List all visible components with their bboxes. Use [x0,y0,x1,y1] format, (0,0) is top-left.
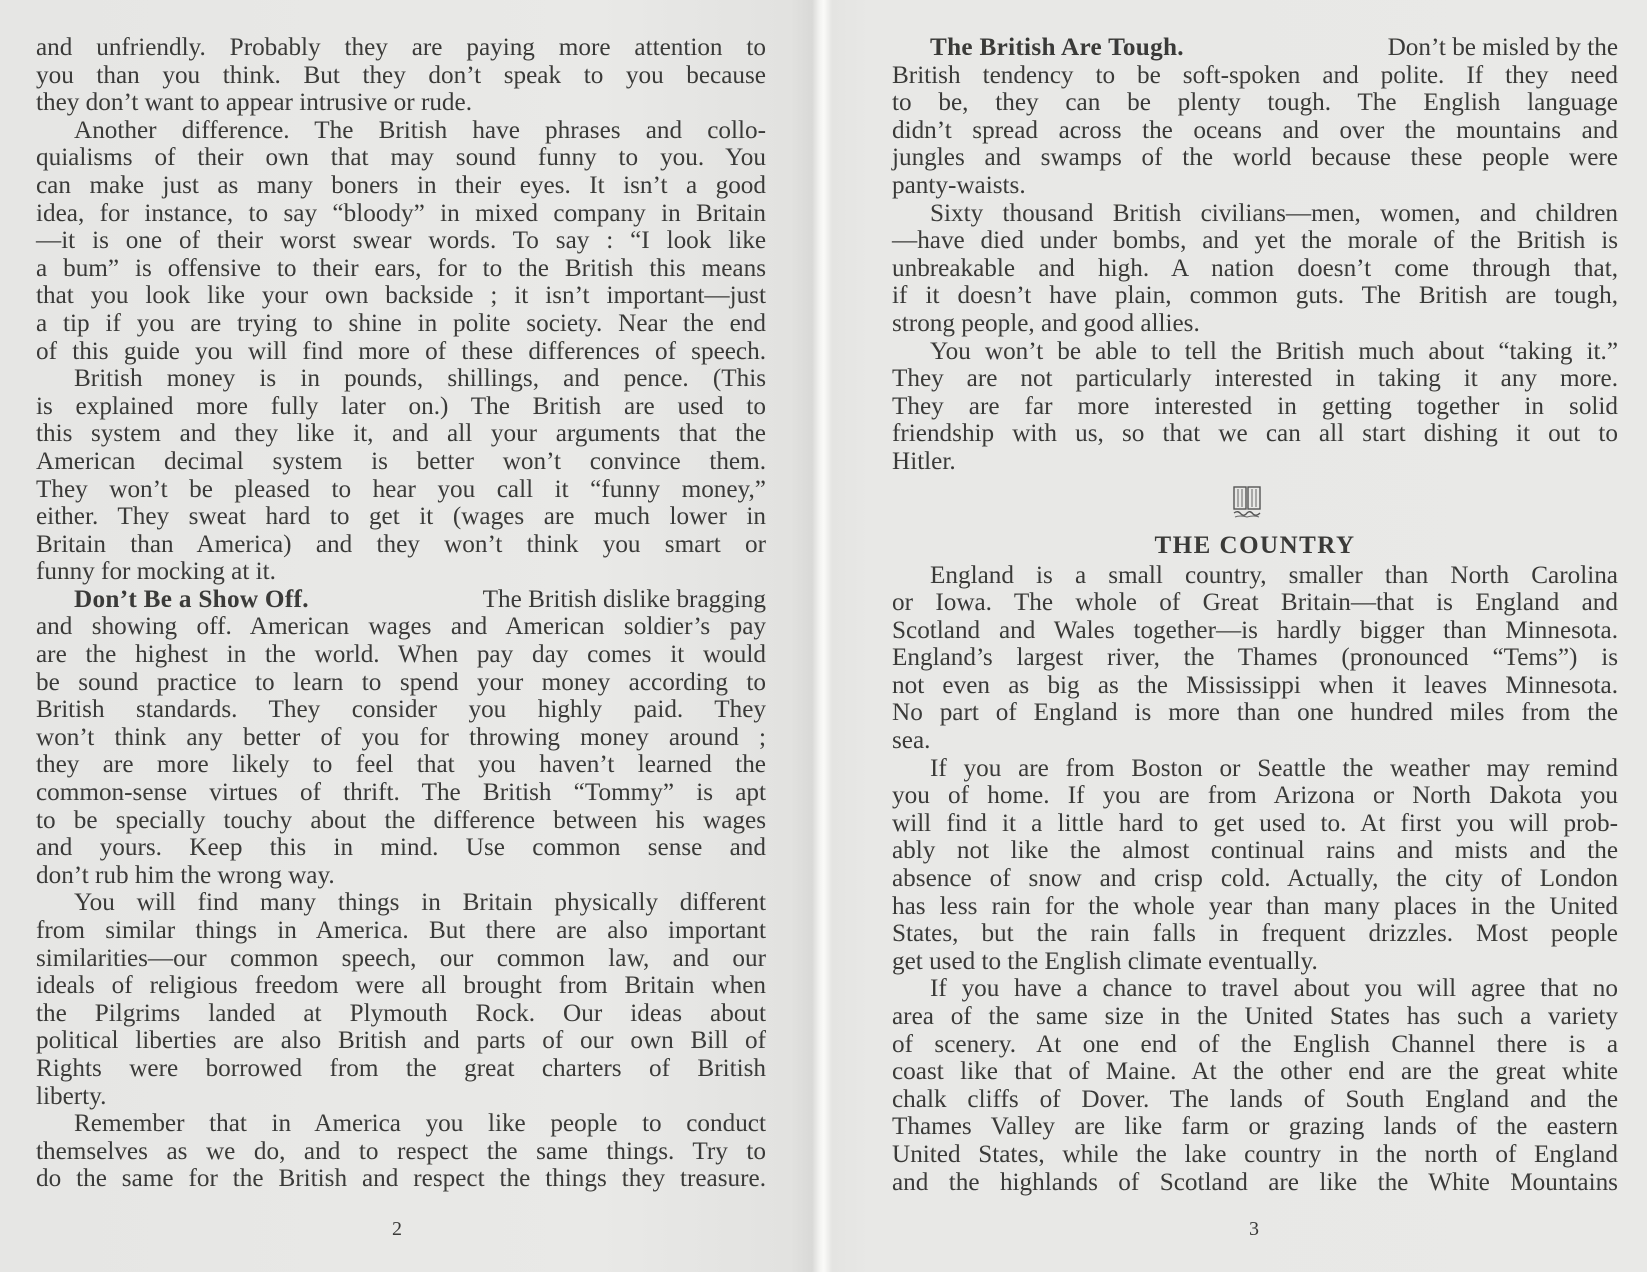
text-line: They are not particularly interested in … [892,365,1618,393]
text-line: No part of England is more than one hund… [892,699,1618,727]
text-line: and showing off. American wages and Amer… [36,613,766,641]
text-line: to be, they can be plenty tough. The Eng… [892,89,1618,117]
text-line: American decimal system is better won’t … [36,448,766,476]
text-line: of scenery. At one end of the English Ch… [892,1031,1618,1059]
text-line: are the highest in the world. When pay d… [36,641,766,669]
text-line: will find it a little hard to get used t… [892,810,1618,838]
text-line: British tendency to be soft-spoken and p… [892,62,1618,90]
section-heading: THE COUNTRY [892,530,1618,562]
text-line: they don’t want to appear intrusive or r… [36,89,766,117]
text-line: States, but the rain falls in frequent d… [892,920,1618,948]
text-line: England is a small country, smaller than… [892,562,1618,590]
text-line: If you are from Boston or Seattle the we… [892,755,1618,783]
text-line: If you have a chance to travel about you… [892,975,1618,1003]
text-line: and the highlands of Scotland are like t… [892,1169,1618,1197]
text-line: this system and they like it, and all yo… [36,420,766,448]
right-page: The British Are Tough.Don’t be misled by… [824,0,1647,1272]
text-line: a tip if you are trying to shine in poli… [36,310,766,338]
text-line: The British Are Tough.Don’t be misled by… [892,34,1618,62]
text-line: area of the same size in the United Stat… [892,1003,1618,1031]
text-line: British standards. They consider you hig… [36,696,766,724]
text-line: England’s largest river, the Thames (pro… [892,644,1618,672]
text-line: of this guide you will find more of thes… [36,338,766,366]
text-line: sea. [892,727,1618,755]
text-line: to be specially touchy about the differe… [36,807,766,835]
text-line: —have died under bombs, and yet the mora… [892,227,1618,255]
run-in-heading: The British Are Tough. [930,34,1184,62]
text-line: common-sense virtues of thrift. The Brit… [36,779,766,807]
open-book-icon [892,476,1618,526]
text-line-tail: Don’t be misled by the [1388,34,1618,62]
text-line: Sixty thousand British civilians—men, wo… [892,200,1618,228]
text-line: you than you think. But they don’t speak… [36,62,766,90]
text-line: Remember that in America you like people… [36,1110,766,1138]
text-line-tail: The British dislike bragging [483,586,766,614]
text-line: if it doesn’t have plain, common guts. T… [892,282,1618,310]
left-page-body: and unfriendly. Probably they are paying… [36,34,766,1193]
text-line: You will find many things in Britain phy… [36,889,766,917]
text-line: and yours. Keep this in mind. Use common… [36,834,766,862]
text-line: a bum” is offensive to their ears, for t… [36,255,766,283]
text-line: idea, for instance, to say “bloody” in m… [36,200,766,228]
text-line: ably not like the almost continual rains… [892,837,1618,865]
text-line: from similar things in America. But ther… [36,917,766,945]
text-line: do the same for the British and respect … [36,1165,766,1193]
text-line: They are far more interested in getting … [892,393,1618,421]
text-line: Britain than America) and they won’t thi… [36,531,766,559]
text-line: Scotland and Wales together—is hardly bi… [892,617,1618,645]
text-line: Don’t Be a Show Off.The British dislike … [36,586,766,614]
text-line: friendship with us, so that we can all s… [892,420,1618,448]
text-line: political liberties are also British and… [36,1027,766,1055]
text-line: —it is one of their worst swear words. T… [36,227,766,255]
text-line: British money is in pounds, shillings, a… [36,365,766,393]
text-line: be sound practice to learn to spend your… [36,669,766,697]
text-line: unbreakable and high. A nation doesn’t c… [892,255,1618,283]
left-page: and unfriendly. Probably they are paying… [0,0,820,1272]
text-line: either. They sweat hard to get it (wages… [36,503,766,531]
text-line: You won’t be able to tell the British mu… [892,338,1618,366]
text-line: Thames Valley are like farm or grazing l… [892,1113,1618,1141]
text-line: Another difference. The British have phr… [36,117,766,145]
text-line: jungles and swamps of the world because … [892,144,1618,172]
text-line: don’t rub him the wrong way. [36,862,766,890]
text-line: liberty. [36,1083,766,1111]
text-line: is explained more fully later on.) The B… [36,393,766,421]
text-line: chalk cliffs of Dover. The lands of Sout… [892,1086,1618,1114]
text-line: themselves as we do, and to respect the … [36,1138,766,1166]
book-spread: and unfriendly. Probably they are paying… [0,0,1647,1272]
text-line: Rights were borrowed from the great char… [36,1055,766,1083]
text-line: absence of snow and crisp cold. Actually… [892,865,1618,893]
text-line: funny for mocking at it. [36,558,766,586]
text-line: panty-waists. [892,172,1618,200]
text-line: that you look like your own backside ; i… [36,282,766,310]
text-line: you of home. If you are from Arizona or … [892,782,1618,810]
text-line: ideals of religious freedom were all bro… [36,972,766,1000]
text-line: coast like that of Maine. At the other e… [892,1058,1618,1086]
text-line: they are more likely to feel that you ha… [36,751,766,779]
page-number: 2 [392,1218,402,1241]
text-line: won’t think any better of you for throwi… [36,724,766,752]
text-line: or Iowa. The whole of Great Britain—that… [892,589,1618,617]
text-line: similarities—our common speech, our comm… [36,945,766,973]
page-number: 3 [1249,1218,1259,1241]
text-line: can make just as many boners in their ey… [36,172,766,200]
right-page-body: The British Are Tough.Don’t be misled by… [892,34,1618,1196]
text-line: not even as big as the Mississippi when … [892,672,1618,700]
text-line: get used to the English climate eventual… [892,948,1618,976]
text-line: and unfriendly. Probably they are paying… [36,34,766,62]
text-line: United States, while the lake country in… [892,1141,1618,1169]
run-in-heading: Don’t Be a Show Off. [74,586,309,614]
text-line: strong people, and good allies. [892,310,1618,338]
text-line: Hitler. [892,448,1618,476]
text-line: didn’t spread across the oceans and over… [892,117,1618,145]
text-line: has less rain for the whole year than ma… [892,893,1618,921]
text-line: quialisms of their own that may sound fu… [36,144,766,172]
text-line: the Pilgrims landed at Plymouth Rock. Ou… [36,1000,766,1028]
text-line: They won’t be pleased to hear you call i… [36,476,766,504]
